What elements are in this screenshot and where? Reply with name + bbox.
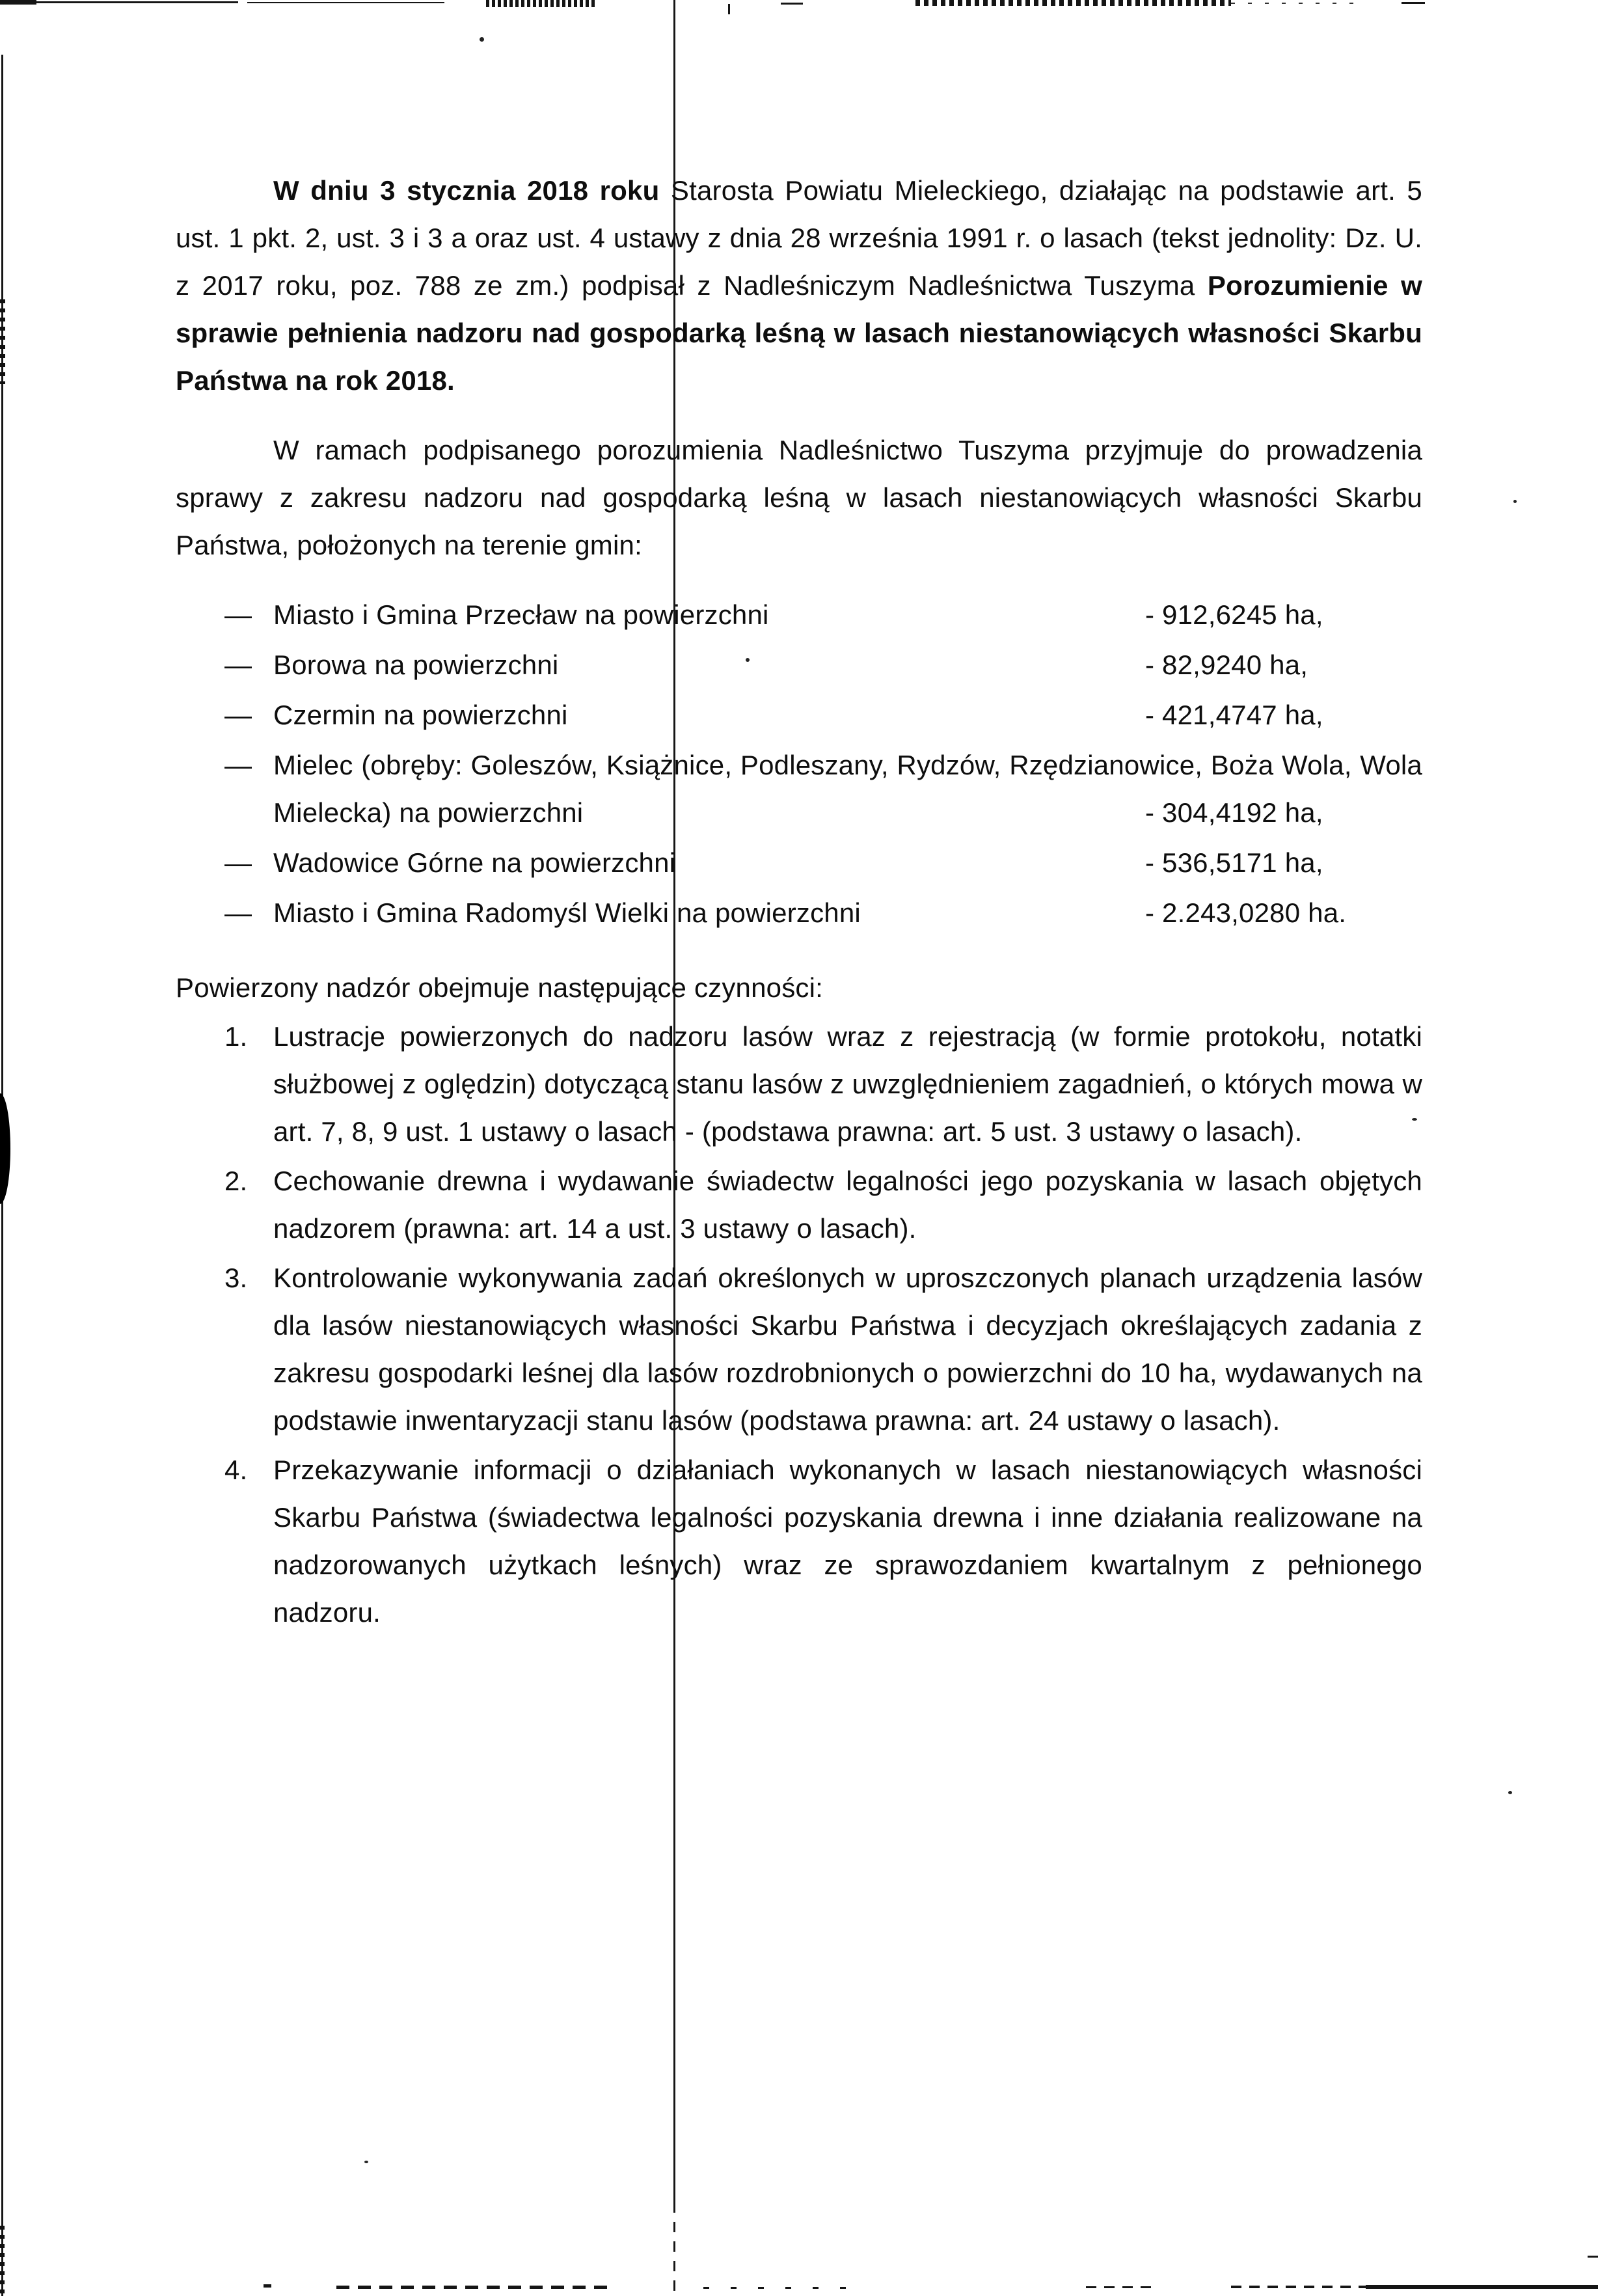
scan-left-edge-bulge — [0, 1093, 10, 1204]
dash-bullet: — — [224, 839, 252, 886]
municipality-item: — Wadowice Górne na powierzchni - 536,51… — [176, 839, 1422, 886]
task-number: 3. — [224, 1254, 247, 1302]
municipality-area: - 912,6245 ha, — [1145, 591, 1323, 638]
task-item: 4. Przekazywanie informacji o działaniac… — [176, 1446, 1422, 1636]
task-number: 4. — [224, 1446, 247, 1494]
task-text: Lustracje powierzonych do nadzoru lasów … — [273, 1021, 1422, 1147]
scan-left-edge-ticks — [0, 2226, 5, 2296]
scan-edge-hatch — [486, 0, 595, 7]
scan-bottom-dashes — [1086, 2286, 1159, 2288]
dash-bullet: — — [224, 691, 252, 739]
municipality-item: — Mielec (obręby: Goleszów, Książnice, P… — [176, 741, 1422, 836]
task-item: 1. Lustracje powierzonych do nadzoru las… — [176, 1013, 1422, 1155]
task-text: Kontrolowanie wykonywania zadań określon… — [273, 1263, 1422, 1436]
municipality-name: Miasto i Gmina Przecław na powierzchni — [273, 599, 769, 630]
task-number: 2. — [224, 1157, 247, 1205]
scan-bottom-mark — [1366, 2285, 1598, 2289]
scan-edge-mark — [247, 2, 444, 3]
municipality-name: Borowa na powierzchni — [273, 649, 558, 680]
dash-bullet: — — [224, 641, 252, 689]
municipality-item: — Borowa na powierzchni - 82,9240 ha, — [176, 641, 1422, 689]
opening-date-bold: W dniu 3 stycznia 2018 roku — [273, 175, 659, 206]
task-text: Przekazywanie informacji o działaniach w… — [273, 1455, 1422, 1628]
task-number: 1. — [224, 1013, 247, 1060]
scan-edge-mark — [0, 0, 36, 5]
municipality-area: - 536,5171 ha, — [1145, 839, 1323, 886]
municipality-name: Czermin na powierzchni — [273, 700, 568, 730]
municipality-item: — Miasto i Gmina Przecław na powierzchni… — [176, 591, 1422, 638]
scan-right-edge-tick — [1588, 2256, 1598, 2258]
scan-bottom-dashes — [703, 2287, 860, 2289]
second-paragraph: W ramach podpisanego porozumienia Nadleś… — [176, 426, 1422, 569]
scan-speck — [364, 2161, 368, 2163]
opening-paragraph: W dniu 3 stycznia 2018 roku Starosta Pow… — [176, 167, 1422, 404]
dash-bullet: — — [224, 591, 252, 638]
municipality-area: - 421,4747 ha, — [1145, 691, 1323, 739]
document-body: W dniu 3 stycznia 2018 roku Starosta Pow… — [176, 167, 1422, 1638]
tasks-heading: Powierzony nadzór obejmuje następujące c… — [176, 964, 1422, 1011]
municipality-list: — Miasto i Gmina Przecław na powierzchni… — [176, 591, 1422, 936]
scan-edge-mark — [781, 3, 803, 5]
scan-speck — [1508, 1791, 1512, 1794]
scan-edge-mark — [36, 1, 238, 3]
scan-speck — [480, 37, 484, 42]
scan-bottom-dashes — [1231, 2286, 1366, 2288]
scan-edge-mark — [1402, 2, 1425, 4]
task-item: 2. Cechowanie drewna i wydawanie świadec… — [176, 1157, 1422, 1252]
municipality-item: — Miasto i Gmina Radomyśl Wielki na powi… — [176, 889, 1422, 936]
fold-line-dashed — [673, 2202, 675, 2296]
municipality-name: Miasto i Gmina Radomyśl Wielki na powier… — [273, 897, 861, 928]
municipality-area: - 82,9240 ha, — [1145, 641, 1308, 689]
scan-edge-hatch — [915, 0, 1231, 6]
municipality-area: - 304,4192 ha, — [1145, 789, 1323, 836]
task-item: 3. Kontrolowanie wykonywania zadań okreś… — [176, 1254, 1422, 1444]
scan-edge-tick — [728, 4, 730, 14]
scan-bottom-dashes — [336, 2286, 610, 2289]
scan-edge-mark — [1231, 3, 1355, 4]
task-text: Cechowanie drewna i wydawanie świadectw … — [273, 1166, 1422, 1244]
dash-bullet: — — [224, 889, 252, 936]
scan-speck — [1513, 500, 1517, 503]
municipality-area: - 2.243,0280 ha. — [1145, 889, 1346, 936]
task-list: 1. Lustracje powierzonych do nadzoru las… — [176, 1013, 1422, 1636]
scan-left-edge-ticks — [0, 299, 5, 384]
municipality-item: — Czermin na powierzchni - 421,4747 ha, — [176, 691, 1422, 739]
scan-bottom-mark — [264, 2284, 271, 2288]
scanned-document-page: W dniu 3 stycznia 2018 roku Starosta Pow… — [0, 0, 1598, 2296]
dash-bullet: — — [224, 741, 252, 789]
municipality-name: Wadowice Górne na powierzchni — [273, 847, 675, 878]
